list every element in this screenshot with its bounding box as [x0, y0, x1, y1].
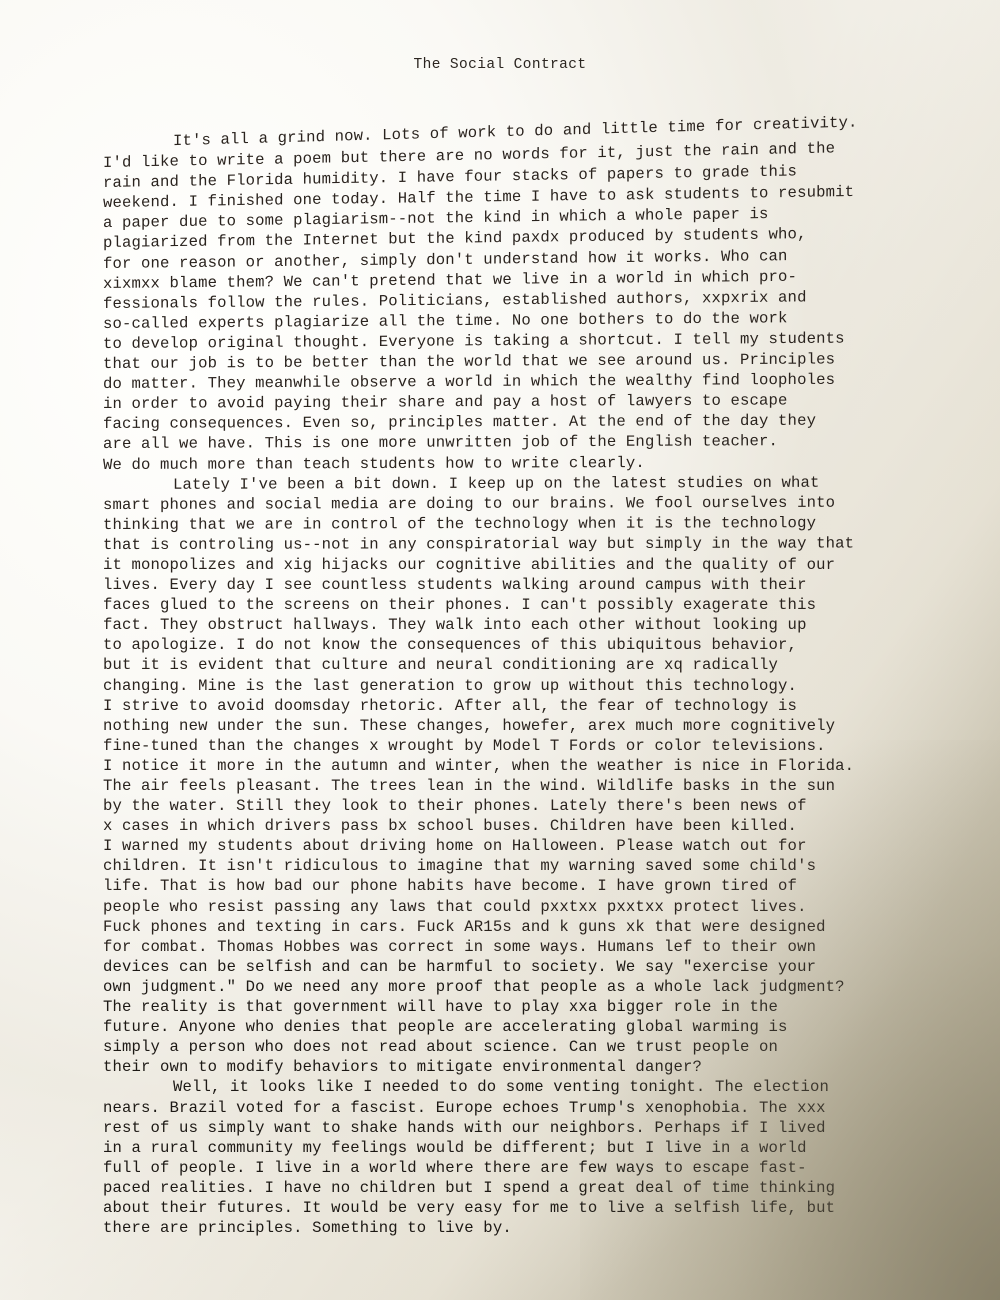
text-line: their own to modify behaviors to mitigat… — [103, 1057, 858, 1077]
typewritten-page: The Social Contract It's all a grind now… — [0, 0, 1000, 1300]
text-line: full of people. I live in a world where … — [103, 1158, 858, 1178]
text-line: thinking that we are in control of the t… — [103, 513, 858, 535]
text-line: The air feels pleasant. The trees lean i… — [103, 776, 858, 796]
text-line: in a rural community my feelings would b… — [103, 1138, 858, 1158]
paragraph-first-line: Well, it looks like I needed to do some … — [103, 1077, 858, 1097]
text-line: about their futures. It would be very ea… — [103, 1198, 858, 1218]
text-line: The reality is that government will have… — [103, 997, 858, 1017]
text-line: people who resist passing any laws that … — [103, 897, 858, 917]
text-line: fact. They obstruct hallways. They walk … — [103, 615, 858, 635]
text-line: future. Anyone who denies that people ar… — [103, 1017, 858, 1037]
text-line: paced realities. I have no children but … — [103, 1178, 858, 1198]
text-line: own judgment." Do we need any more proof… — [103, 977, 858, 997]
text-line: smart phones and social media are doing … — [103, 492, 858, 514]
text-line: nears. Brazil voted for a fascist. Europ… — [103, 1098, 858, 1118]
document-body: It's all a grind now. Lots of work to do… — [103, 133, 858, 1238]
text-line: there are principles. Something to live … — [103, 1218, 858, 1238]
paragraph-first-line: Lately I've been a bit down. I keep up o… — [103, 472, 858, 494]
text-line: x cases in which drivers pass bx school … — [103, 816, 858, 836]
text-line: simply a person who does not read about … — [103, 1037, 858, 1057]
text-line: faces glued to the screens on their phon… — [103, 595, 858, 615]
text-line: fine-tuned than the changes x wrought by… — [103, 736, 858, 756]
text-line: I strive to avoid doomsday rhetoric. Aft… — [103, 696, 858, 716]
text-line: We do much more than teach students how … — [103, 452, 858, 475]
text-line: to apologize. I do not know the conseque… — [103, 635, 858, 655]
text-line: children. It isn't ridiculous to imagine… — [103, 856, 858, 876]
text-line: changing. Mine is the last generation to… — [103, 676, 858, 696]
text-line: for combat. Thomas Hobbes was correct in… — [103, 937, 858, 957]
text-line: are all we have. This is one more unwrit… — [103, 431, 858, 454]
text-line: rest of us simply want to shake hands wi… — [103, 1118, 858, 1138]
text-line: nothing new under the sun. These changes… — [103, 716, 858, 736]
text-line: Fuck phones and texting in cars. Fuck AR… — [103, 917, 858, 937]
text-line: devices can be selfish and can be harmfu… — [103, 957, 858, 977]
text-line: that is controling us--not in any conspi… — [103, 533, 858, 555]
document-title: The Social Contract — [0, 57, 1000, 73]
text-line: life. That is how bad our phone habits h… — [103, 876, 858, 896]
text-line: I warned my students about driving home … — [103, 836, 858, 856]
text-line: it monopolizes and xig hijacks our cogni… — [103, 555, 858, 575]
text-line: by the water. Still they look to their p… — [103, 796, 858, 816]
text-line: but it is evident that culture and neura… — [103, 655, 858, 675]
text-line: I notice it more in the autumn and winte… — [103, 756, 858, 776]
text-line: lives. Every day I see countless student… — [103, 575, 858, 595]
